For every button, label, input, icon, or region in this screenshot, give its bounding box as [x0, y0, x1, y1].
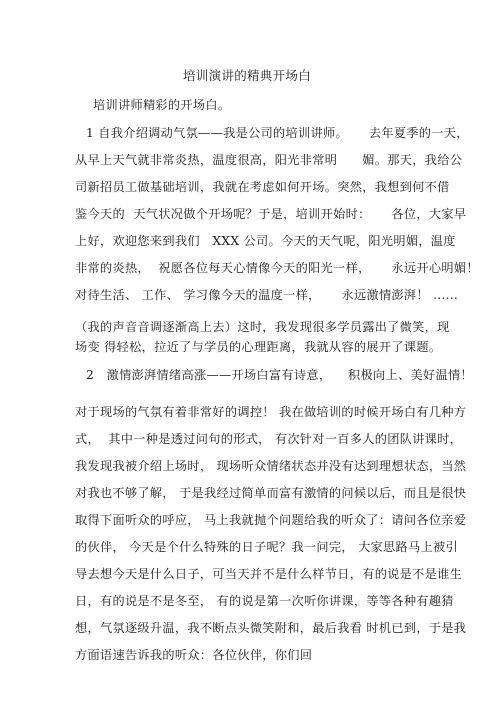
body-text-line: 1 自我介绍调动气氛——我是公司的培训讲师。 去年夏季的一天， [86, 124, 469, 141]
body-text-line: 我发现我被介绍上场时， 现场听众情绪状态并没有达到理想状态，当然 [75, 457, 466, 474]
body-text-line: 从早上天气就非常炎热，温度很高，阳光非常明 媚。那天，我给公 [75, 151, 462, 168]
body-text-line: 非常的炎热， 祝愿各位每天心情像今天的阳光一样， 永远开心明媚！ [75, 259, 479, 276]
body-text-line: 对我也不够了解， 于是我经过简单而富有激情的问候以后，而且是很快 [75, 484, 466, 501]
body-text-line: 培训讲师精彩的开场白。 [93, 96, 230, 113]
body-text-line: 日，有的说是不是冬至， 有的说是第一次听你讲课，等等各种有趣猜 [75, 592, 454, 609]
body-text-line: 对于现场的气氛有着非常好的调控！ 我在做培训的时候开场白有几种方 [75, 403, 466, 420]
body-text-line: 司新招员工做基础培训，我就在考虑如何开场。突然，我想到何不借 [75, 178, 450, 195]
body-text-line: 对待生活、 工作、 学习像今天的温度一样， 永远激情澎湃！ ...... [75, 286, 458, 303]
body-text-line: 方面语速告诉我的听众：各位伙伴，你们回 [75, 646, 312, 663]
body-text-line: 鉴今天的 天气状况做个开场呢？于是，培训开始时： 各位，大家早 [75, 205, 466, 222]
body-text-line: 导去想今天是什么日子，可当天并不是什么样节日，有的说是不是谁生 [75, 565, 462, 582]
body-text-line: 取得下面听众的呼应， 马上我就抛个问题给我的听众了：请问各位亲爱 [75, 511, 466, 528]
body-text-line: 场变 得轻松，拉近了与学员的心理距离，我就从容的展开了课题。 [75, 338, 441, 355]
body-text-line: （我的声音音调逐渐高上去）这时，我发现很多学员露出了微笑，现 [75, 318, 450, 335]
body-text-line: 的伙伴， 今天是个什么特殊的日子呢？我一问完， 大家思路马上被引 [75, 538, 458, 555]
document-title: 培训演讲的精典开场白 [183, 66, 311, 84]
body-text-line: 式， 其中一种是透过问句的形式， 有次针对一百多人的团队讲课时， [75, 430, 462, 447]
body-text-line: 2 激情澎湃情绪高涨——开场白富有诗意， 积极向上、美好温情！ [86, 366, 473, 383]
body-text-line: 想，气氛逐级升温，我不断点头微笑附和，最后我看 时机已到，于是我 [75, 619, 466, 636]
body-text-line: 上好，欢迎您来到我们 XXX 公司。今天的天气呢，阳光明媚，温度 [75, 232, 456, 249]
